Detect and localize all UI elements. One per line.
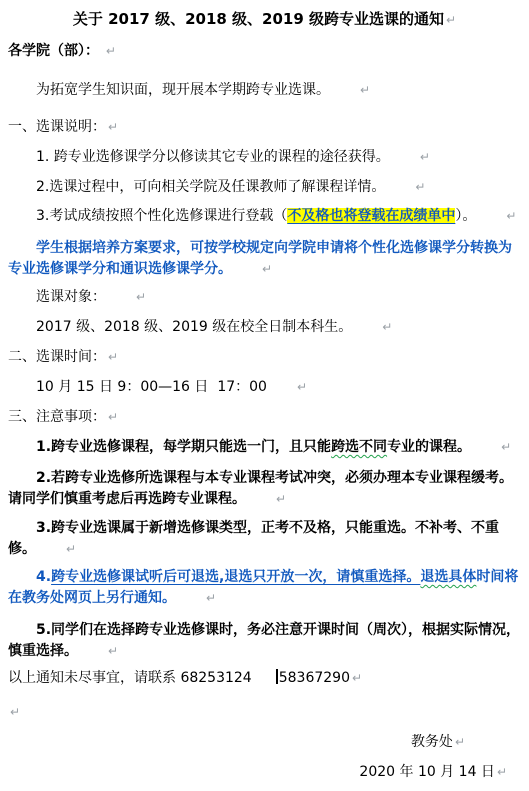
salutation-text: 各学院（部）： (8, 43, 99, 59)
paragraph-mark-icon: ↵ (106, 41, 116, 62)
highlighted-warning-text: 不及格也将登载在成绩单中 (287, 208, 455, 224)
section3-note1-pre: 1.跨专业选修课程，每学期只能选一门，且只能 (36, 439, 331, 455)
paragraph-mark-icon: ↵ (352, 668, 362, 689)
salutation: 各学院（部）： ↵ (8, 41, 521, 62)
selection-time-text: 10 月 15 日 9：00—16 日 17：00 (36, 379, 267, 395)
paragraph-mark-icon: ↵ (332, 80, 370, 101)
credit-conversion-note: 学生根据培养方案要求，可按学校规定向学院申请将个性化选修课学分转换为专业选修课学… (8, 238, 521, 280)
contact-text: 以上通知未尽事宜，请联系 (8, 670, 180, 686)
paragraph-mark-icon: ↵ (387, 177, 425, 198)
paragraph-mark-icon: ↵ (473, 437, 511, 458)
doc-title: 关于 2017 级、2018 级、2019 级跨专业选课的通知↵ (8, 8, 521, 31)
target-label-text: 选课对象： (36, 289, 106, 305)
section3-note4-underlined: 跨专业选修课试听后可退选,退选只开放一次，请慎重选择。 (51, 569, 420, 585)
signature-text: 教务处 (411, 734, 453, 750)
paragraph-mark-icon: ↵ (446, 9, 456, 31)
target-label: 选课对象：↵ (8, 287, 521, 308)
section3-heading-text: 三、注意事项： (8, 409, 106, 425)
section2-heading: 二、选课时间：↵ (8, 347, 521, 368)
section3-note5: 5.同学们在选择跨专业选修课时，务必注意开课时间（周次），根据实际情况，慎重选择… (8, 620, 521, 662)
paragraph-mark-icon: ↵ (178, 588, 216, 609)
section1-heading-text: 一、选课说明： (8, 119, 106, 135)
section1-item2-text: 2.选课过程中，可向相关学院及任课教师了解课程详情。 (36, 179, 385, 195)
paragraph-mark-icon: ↵ (108, 117, 118, 138)
section2-heading-text: 二、选课时间： (8, 349, 106, 365)
phone-number-1: 68253124 (180, 670, 251, 686)
paragraph-mark-icon: ↵ (478, 206, 516, 227)
paragraph-mark-icon: ↵ (392, 147, 430, 168)
section3-note1: 1.跨专业选修课程，每学期只能选一门，且只能跨选不同专业的课程。↵ (8, 437, 521, 458)
intro-paragraph: 为拓宽学生知识面，现开展本学期跨专业选课。↵ (8, 80, 521, 101)
section3-note4: 4.跨专业选修课试听后可退选,退选只开放一次，请慎重选择。退选具体时间将在教务处… (8, 567, 521, 609)
signature: 教务处↵ (8, 732, 521, 753)
section3-note3-text: 3.跨专业选课属于新增选修课类型，正考不及格，只能重选。不补考、不重修。 (8, 520, 499, 557)
grammar-check-squiggle-text: 退选具体 (420, 569, 476, 585)
grammar-check-squiggle-text: 跨选不同 (331, 439, 387, 455)
date-line: 2020 年 10 月 14 日↵ (8, 762, 521, 783)
text-insertion-caret (276, 669, 278, 684)
target-value-text: 2017 级、2018 级、2019 级在校全日制本科生。 (36, 319, 352, 335)
paragraph-mark-icon: ↵ (354, 317, 392, 338)
paragraph-mark-icon: ↵ (248, 489, 286, 510)
section3-note4-num: 4. (36, 569, 51, 585)
section3-note2: 2.若跨专业选修所选课程与本专业课程考试冲突，必须办理本专业课程缓考。请同学们慎… (8, 468, 521, 510)
paragraph-mark-icon: ↵ (455, 732, 465, 753)
paragraph-mark-icon: ↵ (38, 539, 76, 560)
intro-text: 为拓宽学生知识面，现开展本学期跨专业选课。 (36, 82, 330, 98)
paragraph-mark-icon: ↵ (234, 259, 272, 280)
phone-number-2: 58367290 (279, 670, 350, 686)
doc-title-text: 关于 2017 级、2018 级、2019 级跨专业选课的通知 (73, 10, 444, 28)
date-text: 2020 年 10 月 14 日 (359, 764, 495, 780)
selection-time: 10 月 15 日 9：00—16 日 17：00↵ (8, 377, 521, 398)
contact-line: 以上通知未尽事宜，请联系 6825312458367290↵ (8, 668, 521, 689)
section1-item2: 2.选课过程中，可向相关学院及任课教师了解课程详情。↵ (8, 177, 521, 198)
notice-document: 关于 2017 级、2018 级、2019 级跨专业选课的通知↵ 各学院（部）：… (0, 0, 529, 783)
paragraph-mark-icon: ↵ (10, 702, 20, 723)
section3-heading: 三、注意事项：↵ (8, 407, 521, 428)
paragraph-mark-icon: ↵ (497, 762, 507, 783)
section1-item3-pre: 3.考试成绩按照个性化选修课进行登载（ (36, 208, 287, 224)
target-value: 2017 级、2018 级、2019 级在校全日制本科生。↵ (8, 317, 521, 338)
paragraph-mark-icon: ↵ (108, 287, 146, 308)
paragraph-mark-icon: ↵ (108, 407, 118, 428)
section1-item1: 1. 跨专业选修课学分以修读其它专业的课程的途径获得。↵ (8, 147, 521, 168)
paragraph-mark-icon: ↵ (108, 347, 118, 368)
section3-note3: 3.跨专业选课属于新增选修课类型，正考不及格，只能重选。不补考、不重修。↵ (8, 518, 521, 560)
section1-item3-post: ）。 (455, 208, 476, 224)
section1-heading: 一、选课说明：↵ (8, 117, 521, 138)
section1-item3: 3.考试成绩按照个性化选修课进行登载（不及格也将登载在成绩单中）。↵ (8, 206, 521, 227)
paragraph-mark-icon: ↵ (269, 377, 307, 398)
empty-paragraph: ↵ (8, 702, 521, 723)
paragraph-mark-icon: ↵ (80, 641, 118, 662)
section3-note1-post: 专业的课程。 (387, 439, 471, 455)
section1-item1-text: 1. 跨专业选修课学分以修读其它专业的课程的途径获得。 (36, 149, 390, 165)
